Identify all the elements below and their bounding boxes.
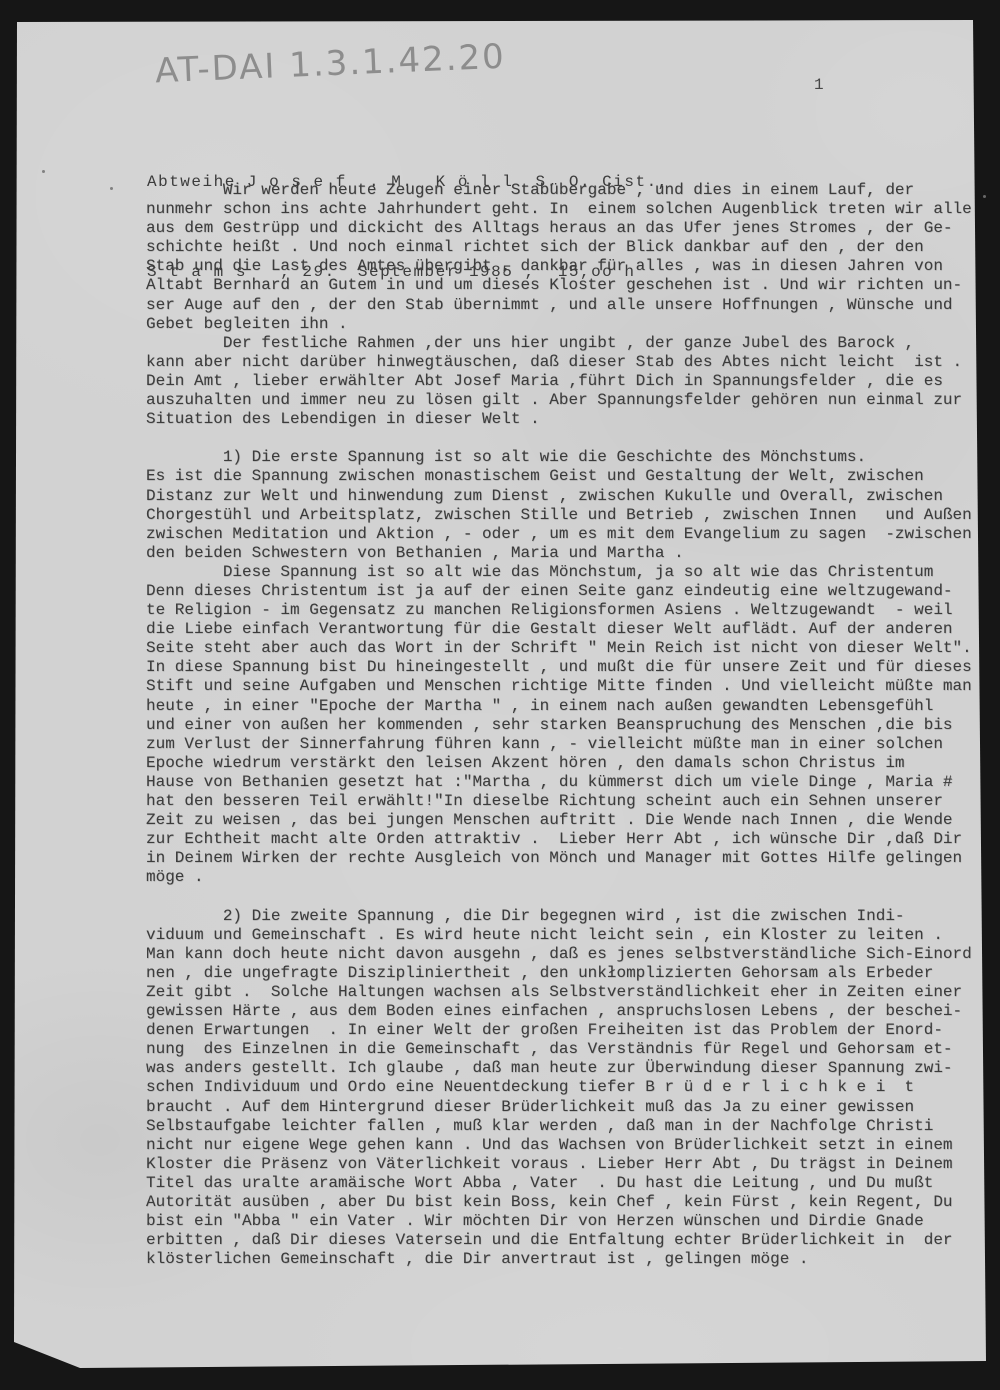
page-number: 1 bbox=[814, 76, 824, 94]
scanned-document-page: AT-DAI 1.3.1.42.20 1 Abtweihe J o s e f … bbox=[0, 0, 1000, 1390]
scan-speck bbox=[983, 195, 986, 198]
handwritten-archive-number: AT-DAI 1.3.1.42.20 bbox=[154, 37, 506, 92]
scan-speck bbox=[42, 170, 45, 173]
scan-speck bbox=[110, 187, 113, 190]
document-body: Wir werden heute Zeugen einer Stabüberga… bbox=[146, 181, 972, 1269]
paper-sheet: AT-DAI 1.3.1.42.20 1 Abtweihe J o s e f … bbox=[0, 0, 1000, 1390]
